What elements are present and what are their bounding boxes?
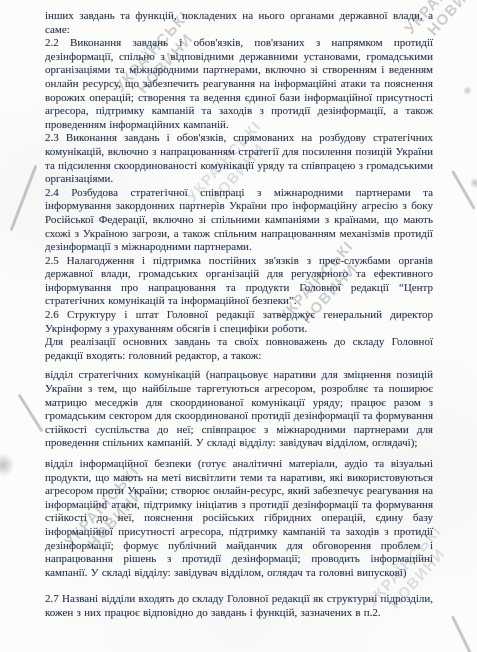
scan-artifact-slash [10, 165, 38, 231]
paragraph-2-4: 2.4 Розбудова стратегічної співпраці з м… [45, 187, 433, 255]
scan-artifact-slash [18, 394, 44, 433]
document-text: інших завдань та функцій, покладених на … [45, 10, 433, 621]
paragraph-2-6: 2.6 Структуру і штат Головної редакції з… [45, 309, 433, 336]
paragraph-dept-stratcom: відділ стратегічних комунікацій (напраць… [45, 369, 433, 451]
paragraph-2-3: 2.3 Виконання завдань і обов'язків, спря… [45, 132, 433, 186]
paragraph-2-5: 2.5 Налагодження і підтримка постійних з… [45, 255, 433, 309]
scan-artifact-slash [451, 170, 476, 210]
paragraph-intro: інших завдань та функцій, покладених на … [45, 10, 433, 37]
paragraph-2-7: 2.7 Названі відділи входять до складу Го… [45, 593, 433, 620]
paragraph-dept-infosec: відділ інформаційної безпеки (готує анал… [45, 458, 433, 580]
scan-artifact-smudge [470, 177, 477, 189]
document-page: УКРАЇНСЬКІ НОВИНИ УКРАЇНСЬКІ НОВИНИ УКРА… [0, 0, 477, 652]
paragraph-2-2: 2.2 Виконання завдань і обов'язків, пов'… [45, 37, 433, 132]
scan-artifact-smudge [463, 86, 472, 95]
scan-artifact-smudge [0, 452, 14, 478]
scan-artifact-slash [451, 615, 472, 652]
paragraph-realization: Для реалізації основних завдань та своїх… [45, 336, 433, 363]
